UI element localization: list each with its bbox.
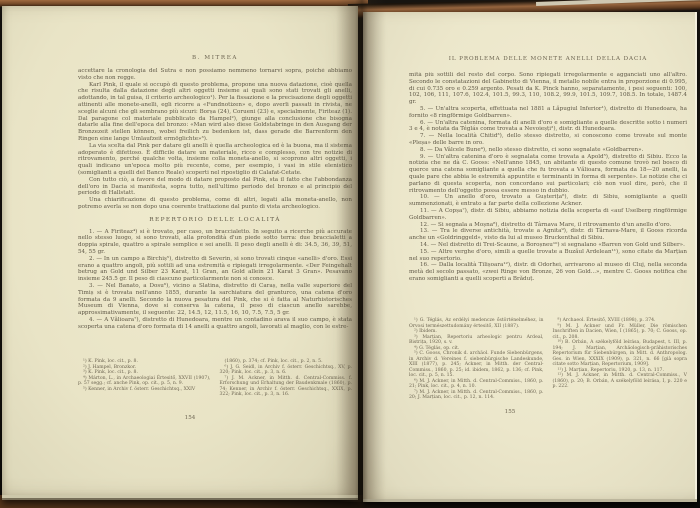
locality-entry: 1. — A Firiteaz⁴) si è trovato, per caso… (78, 229, 352, 256)
right-running-head: IL PROBLEMA DELLE MONETE ANELLI DELLA DA… (409, 56, 687, 62)
locality-entry: 14. — Nel distretto di Trei-Scaune, a Bo… (409, 242, 687, 249)
locality-entry: 9. — Un'altra catenina d'oro è segnalata… (409, 154, 687, 195)
footnote-column: ¹) G. Téglás, Az erdélyi medencze őstört… (409, 318, 544, 401)
footnote: ⁹) M. J. Ackner und Fr. Müller, Die römi… (553, 324, 688, 341)
footnote: ¹⁰) B. Orbán, A székelyföld leírása, Bud… (553, 340, 688, 368)
locality-entry: 8. — Da Vâlcele Bune⁴), nello stesso dis… (409, 147, 687, 154)
paragraph: mità più sottili del resto del corpo. So… (409, 72, 687, 106)
right-footnotes: ¹) G. Téglás, Az erdélyi medencze őstört… (409, 318, 687, 401)
footnote: ⁶) M. J. Ackner, in Mitth. d. Central-Co… (409, 379, 544, 390)
locality-entry: 2. — In un campo a Birchiș⁵), distretto … (78, 256, 352, 283)
footnote: ⁵) C. Gooss, Chronik d. archäol. Funde S… (409, 351, 544, 379)
footnote-column: ⁸) Archaeol. Értesitő, XVIII (1898), p. … (553, 318, 688, 401)
locality-entry: 15. — Altre verghe d'oro, simili a quell… (409, 249, 687, 263)
left-page-body: accettare la cronologia del Sutra e non … (78, 68, 352, 330)
page-number: 155 (409, 409, 611, 415)
right-page-body: mità più sottili del resto del corpo. So… (409, 72, 687, 283)
footnote: ⁴) Márton, L., in Archaeologiai Értesitő… (78, 376, 211, 387)
footnote: ⁷) M. J. Ackner, in Mitth. d. Central-Co… (409, 390, 544, 401)
left-footnotes: ¹) K. Pink, loc. cit., p. 8. ²) J. Hampe… (78, 359, 352, 398)
footnote-column: (1860), p. 374; cf. Pink, loc. cit., p. … (220, 359, 353, 398)
right-page: IL PROBLEMA DELLE MONETE ANELLI DELLA DA… (363, 12, 697, 499)
footnote: ¹²) M. J. Ackner, in Mitth. d. Central-C… (553, 373, 688, 390)
locality-entry: 4. — A Vălioara⁷), distretto di Hunedoar… (78, 317, 352, 331)
footnote: ³) Marțian, Repertoriu arheologic pentru… (409, 335, 544, 346)
paragraph: La via scelta dal Pink per datare gli an… (78, 143, 352, 177)
locality-entry: 13. — Tra le diverse antichità, trovate … (409, 228, 687, 242)
locality-entry: 5. — Un'altra scoperta, effettuata nel 1… (409, 106, 687, 120)
footnote: ¹) G. Téglás, Az erdélyi medencze őstört… (409, 318, 544, 329)
locality-entry: 3. — Nel Banato, a Dosu⁶), vicino a Slat… (78, 283, 352, 317)
paragraph: Con tutto ciò, a favore del modo di data… (78, 177, 352, 197)
section-heading: REPERTORIO DELLE LOCALITÀ (78, 217, 352, 224)
open-book-photo: B. MITREA accettare la cronologia del Su… (0, 0, 700, 508)
footnote-column: ¹) K. Pink, loc. cit., p. 8. ²) J. Hampe… (78, 359, 211, 398)
page-number: 154 (78, 415, 302, 421)
locality-entry: 6. — Un'altra catenina, formata di anell… (409, 120, 687, 134)
paragraph: Karl Pink, il quale si occupò di questo … (78, 82, 352, 143)
paragraph: Una chiarificazione di questo problema, … (78, 197, 352, 211)
footnote: ⁵) Kenner, in Archiv f. österr. Geschich… (78, 387, 211, 393)
locality-entry: 16. — Dalla località Tilișoara¹²), distr… (409, 262, 687, 282)
locality-entry: 11. — A Copșa⁷), distr. di Sibiu, abbiam… (409, 208, 687, 222)
locality-entry: 10. — Un anello d'oro, trovato a Gușteri… (409, 194, 687, 208)
left-running-head: B. MITREA (78, 55, 352, 61)
locality-entry: 7. — Nella località Chitid³), dello stes… (409, 133, 687, 147)
left-page: B. MITREA accettare la cronologia del Su… (2, 6, 358, 495)
paragraph: accettare la cronologia del Sutra e non … (78, 68, 352, 82)
footnote: ⁷) J. M. Ackner, in Mitth. d. Central-Co… (220, 376, 353, 398)
footnote: ⁶) J. G. Seidl, in Archiv f. österr. Ges… (220, 365, 353, 376)
